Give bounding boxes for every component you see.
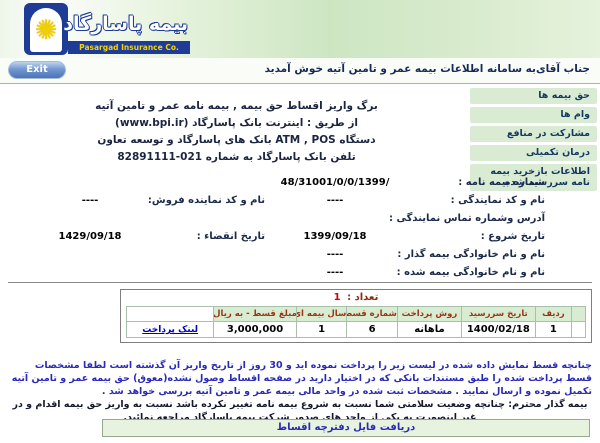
insured-label: نام و نام خانوادگی بیمه شده :	[405, 267, 545, 278]
installments-count: تعداد : 1	[126, 292, 586, 306]
cell-pay-link: لینک پرداخت	[127, 322, 214, 338]
cell-row-number: 1	[535, 322, 572, 338]
header-row-number: ردیف	[535, 307, 572, 322]
payment-link[interactable]: لینک پرداخت	[142, 325, 198, 335]
sales-agent-label: نام و کد نماینده فروش:	[165, 195, 265, 206]
table-row: 1 1400/02/18 ماهانه 6 1 3,000,000 لینک پ…	[127, 322, 586, 338]
policyholder-label: نام و نام خانوادگی بیمه گذار :	[405, 249, 545, 260]
header-insurance-year: سال بیمه ای	[296, 307, 346, 322]
count-label: تعداد :	[347, 292, 378, 303]
installments-table: ردیف تاریخ سررسید روش پرداخت شماره قسط س…	[126, 306, 586, 338]
dates-row: تاریخ شروع : 1399/09/18 تاریخ انقضاء : 1…	[0, 227, 600, 245]
brand-name-fa: بیمه پاسارگاد	[70, 13, 188, 35]
header-pay-link-cell	[127, 307, 214, 322]
exit-button[interactable]: Exit	[8, 61, 66, 79]
header-payment-method: روش پرداخت	[397, 307, 461, 322]
insured-value: ----	[265, 267, 405, 278]
sidebar-item-loans[interactable]: وام ها	[470, 107, 597, 123]
expiry-date-label: تاریخ انقضاء :	[165, 231, 265, 242]
cell-insurance-year: 1	[296, 322, 346, 338]
cell-installment-number: 6	[347, 322, 397, 338]
policy-number-value: 48/31001/0/0/1399/	[265, 177, 405, 188]
logo-arch: ✺	[30, 8, 62, 52]
agent-value: ----	[265, 195, 405, 206]
payment-info-line-2: از طریق : اینترنت بانک پاسارگاد (www.bpi…	[8, 115, 465, 132]
policy-number-label: شماره بیمه نامه :	[405, 177, 545, 188]
policy-number-row: شماره بیمه نامه : 48/31001/0/0/1399/	[0, 173, 600, 191]
policyholder-row: نام و نام خانوادگی بیمه گذار : ----	[0, 245, 600, 263]
header-due-date: تاریخ سررسید	[462, 307, 535, 322]
agent-row: نام و کد نمایندگی : ---- نام و کد نمایند…	[0, 191, 600, 209]
agency-address-row: آدرس وشماره تماس نمایندگی :	[0, 209, 600, 227]
welcome-message: به سامانه اطلاعات بیمه عمر و تامین آتیه …	[265, 63, 536, 75]
cell-amount: 3,000,000	[214, 322, 297, 338]
pasargad-insurance-portal: ✺ بیمه پاسارگاد Pasargad Insurance Co. ج…	[0, 0, 600, 443]
payment-channels-info: برگ واریز اقساط حق بیمه , بیمه نامه عمر …	[8, 98, 465, 166]
start-date-value: 1399/09/18	[265, 231, 405, 242]
section-divider	[8, 282, 592, 283]
start-date-label: تاریخ شروع :	[405, 231, 545, 242]
header-spacer-cell	[572, 307, 586, 322]
overdue-installment-note: چنانچه قسط نمایش داده شده در لیست زیر را…	[8, 359, 592, 398]
policyholder-value: ----	[265, 249, 405, 260]
payment-info-line-3: دستگاه ATM , POS بانک های پاسارگاد و توس…	[8, 132, 465, 149]
download-installment-booklet-button[interactable]: دریافت فایل دفترچه اقساط	[102, 419, 590, 437]
sidebar-item-supplementary-treatment[interactable]: درمان تکمیلی	[470, 145, 597, 161]
insured-row: نام و نام خانوادگی بیمه شده : ----	[0, 263, 600, 281]
expiry-date-value: 1429/09/18	[15, 231, 165, 242]
table-header-row: ردیف تاریخ سررسید روش پرداخت شماره قسط س…	[127, 307, 586, 322]
policy-details-form: شماره بیمه نامه : 48/31001/0/0/1399/ نام…	[0, 173, 600, 281]
cell-payment-method: ماهانه	[397, 322, 461, 338]
header-amount-rial: مبلغ قسط - به ریال	[214, 307, 297, 322]
installments-panel: تعداد : 1 ردیف تاریخ سررسید روش پرداخت ش…	[120, 289, 592, 343]
header-band: ✺ بیمه پاسارگاد Pasargad Insurance Co.	[0, 0, 600, 58]
sales-agent-value: ----	[15, 195, 165, 206]
brand-name-en: Pasargad Insurance Co.	[68, 41, 190, 54]
header-installment-number: شماره قسط	[347, 307, 397, 322]
agent-label: نام و کد نمایندگی :	[405, 195, 545, 206]
cell-due-date: 1400/02/18	[462, 322, 535, 338]
count-value: 1	[334, 292, 344, 303]
sidebar-item-premiums[interactable]: حق بیمه ها	[470, 88, 597, 104]
sun-icon: ✺	[35, 17, 58, 44]
agency-address-label: آدرس وشماره تماس نمایندگی :	[389, 213, 545, 224]
pasargad-logo: ✺	[24, 3, 68, 55]
payment-info-line-4: تلفن بانک پاسارگاد به شماره 021-82891111	[8, 149, 465, 166]
user-greeting: جناب آقای	[536, 63, 590, 75]
sidebar-item-profit-sharing[interactable]: مشارکت در منافع	[470, 126, 597, 142]
payment-info-line-1: برگ واریز اقساط حق بیمه , بیمه نامه عمر …	[8, 98, 465, 115]
cell-spacer	[572, 322, 586, 338]
